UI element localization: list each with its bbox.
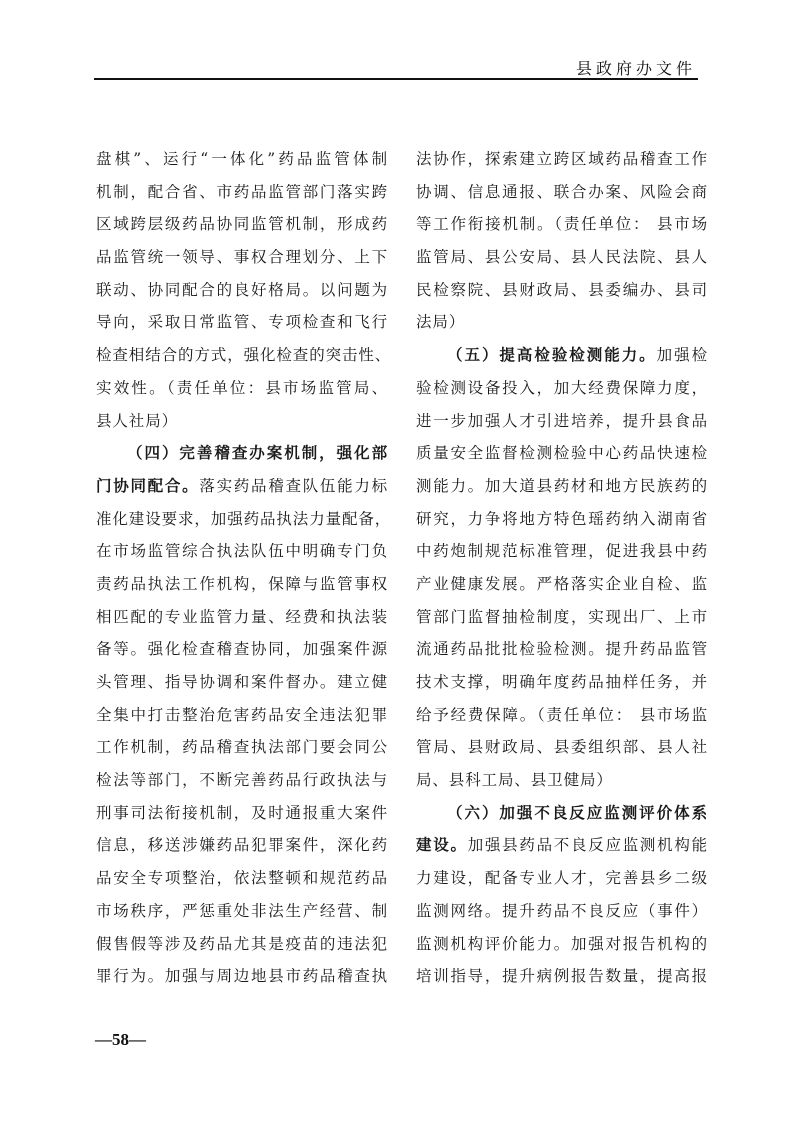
text-line: 罪行为。加强与周边地县市药品稽查执: [96, 960, 388, 993]
text-line: 联动、协同配合的良好格局。以问题为: [96, 274, 388, 307]
text-line: 备等。强化检查稽查协同，加强案件源: [96, 633, 388, 666]
text-line: 给予经费保障。（责任单位： 县市场监: [416, 699, 708, 732]
text-line: 建设。加强县药品不良反应监测机构能: [416, 829, 708, 862]
text-line: 验检测设备投入，加大经费保障力度，: [416, 372, 708, 405]
text-line: 假售假等涉及药品尤其是疫苗的违法犯: [96, 928, 388, 961]
left-column: 盘棋”、运行“一体化”药品监管体制 机制，配合省、市药品监管部门落实跨 区域跨层…: [96, 143, 388, 993]
text-line: 培训指导，提升病例报告数量，提高报: [416, 960, 708, 993]
section-heading-4: （四）完善稽查办案机制，强化部: [96, 437, 388, 470]
text-line: 进一步加强人才引进培养，提升县食品: [416, 405, 708, 438]
text-line: 头管理、指导协调和案件督办。建立健: [96, 666, 388, 699]
text-line: 实效性。（责任单位：县市场监管局、: [96, 372, 388, 405]
text-line: 研究，力争将地方特色瑶药纳入湖南省: [416, 503, 708, 536]
text-line: 品安全专项整治，依法整顿和规范药品: [96, 862, 388, 895]
text-line: 市场秩序，严惩重处非法生产经营、制: [96, 895, 388, 928]
text-line: 品监管统一领导、事权合理划分、上下: [96, 241, 388, 274]
section-heading-6: （六）加强不良反应监测评价体系: [416, 797, 708, 830]
text-line: 法协作，探索建立跨区域药品稽查工作: [416, 143, 708, 176]
text-line: 检查相结合的方式，强化检查的突击性、: [96, 339, 388, 372]
text-line: 导向，采取日常监管、专项检查和飞行: [96, 306, 388, 339]
text-line: 局、县科工局、县卫健局）: [416, 764, 708, 797]
text-line: 技术支撑，明确年度药品抽样任务，并: [416, 666, 708, 699]
text-line: 管局、县财政局、县委组织部、县人社: [416, 731, 708, 764]
text-line: 责药品执法工作机构，保障与监管事权: [96, 568, 388, 601]
text-line: 产业健康发展。严格落实企业自检、监: [416, 568, 708, 601]
text-line: 区域跨层级药品协同监管机制，形成药: [96, 208, 388, 241]
text-line: 县人社局）: [96, 405, 388, 438]
text-line: 工作机制，药品稽查执法部门要会同公: [96, 731, 388, 764]
section-heading-4-cont: 门协同配合。: [96, 477, 199, 495]
text-line: 机制，配合省、市药品监管部门落实跨: [96, 176, 388, 209]
header-title: 县政府办文件: [576, 56, 696, 79]
text-line: 力建设，配备专业人才，完善县乡二级: [416, 862, 708, 895]
text-line: 法局）: [416, 306, 708, 339]
text-line: 质量安全监督检测检验中心药品快速检: [416, 437, 708, 470]
text-line: 相匹配的专业监管力量、经费和执法装: [96, 601, 388, 634]
text-line: 在市场监管综合执法队伍中明确专门负: [96, 535, 388, 568]
text-line: 监测机构评价能力。加强对报告机构的: [416, 928, 708, 961]
text-line: 信息，移送涉嫌药品犯罪案件，深化药: [96, 829, 388, 862]
text-line: 准化建设要求，加强药品执法力量配备，: [96, 503, 388, 536]
text-line: 协调、信息通报、联合办案、风险会商: [416, 176, 708, 209]
section-heading-5: （五）提高检验检测能力。加强检: [416, 339, 708, 372]
page-number: —58—: [95, 1030, 146, 1050]
text-line: 管部门监督抽检制度，实现出厂、上市: [416, 601, 708, 634]
text-line: 门协同配合。落实药品稽查队伍能力标: [96, 470, 388, 503]
text-line: 盘棋”、运行“一体化”药品监管体制: [96, 143, 388, 176]
text-line: 检法等部门，不断完善药品行政执法与: [96, 764, 388, 797]
text-line: 中药炮制规范标准管理，促进我县中药: [416, 535, 708, 568]
header-rule: [94, 78, 698, 80]
text-line: 监测网络。提升药品不良反应（事件）: [416, 895, 708, 928]
text-line: 监管局、县公安局、县人民法院、县人: [416, 241, 708, 274]
right-column: 法协作，探索建立跨区域药品稽查工作 协调、信息通报、联合办案、风险会商 等工作衔…: [416, 143, 708, 993]
section-heading-6-cont: 建设。: [416, 836, 468, 854]
text-line: 全集中打击整治危害药品安全违法犯罪: [96, 699, 388, 732]
text-line: 刑事司法衔接机制，及时通报重大案件: [96, 797, 388, 830]
text-line: 民检察院、县财政局、县委编办、县司: [416, 274, 708, 307]
text-line: 测能力。加大道县药材和地方民族药的: [416, 470, 708, 503]
text-line: 流通药品批批检验检测。提升药品监管: [416, 633, 708, 666]
text-line: 等工作衔接机制。（责任单位： 县市场: [416, 208, 708, 241]
